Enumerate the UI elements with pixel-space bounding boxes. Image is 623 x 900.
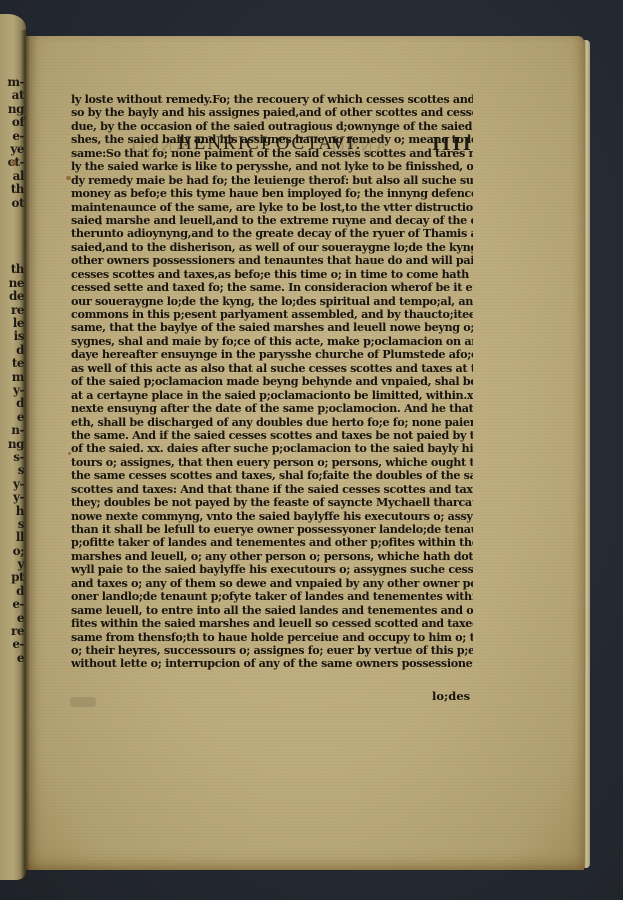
text-line: same, that the baylye of the saied marsh… [71, 321, 473, 334]
text-line: therunto adioynyng,and to the greate dec… [71, 227, 473, 240]
gutter-shadow [20, 30, 30, 880]
text-line: our soueraygne lo;de the kyng, the lo;de… [71, 295, 473, 308]
text-line: scottes and taxes: And that thane if the… [71, 483, 473, 496]
text-line: tours o; assignes, that then euery perso… [71, 456, 473, 469]
text-line: cessed sette and taxed fo; the same. In … [71, 281, 473, 294]
text-line: and taxes o; any of them so dewe and vnp… [71, 577, 473, 590]
text-line: at a certayne place in the saied p;oclam… [71, 389, 473, 402]
text-line: the same cesses scottes and taxes, shal … [71, 469, 473, 482]
text-line: as well of this acte as also that al suc… [71, 362, 473, 375]
text-line: marshes and leuell, o; any other person … [71, 550, 473, 563]
text-line: daye hereafter ensuynge in the parysshe … [71, 348, 473, 361]
text-line: saied marshe and leuell,and to the extre… [71, 214, 473, 227]
text-line: without lette o; interrupcion of any of … [71, 657, 473, 670]
text-line: the same. And if the saied cesses scotte… [71, 429, 473, 442]
text-line: so by the bayly and his assignes paied,a… [71, 106, 473, 119]
text-line: commons in this p;esent parlyament assem… [71, 308, 473, 321]
text-line: nexte ensuyng after the date of the same… [71, 402, 473, 415]
text-line: due, by the occasion of the saied outrag… [71, 120, 473, 133]
text-line: o; their heyres, successours o; assignes… [71, 644, 473, 657]
text-line: maintenaunce of the same, are lyke to be… [71, 201, 473, 214]
text-line: same from thensfo;th to haue holde perce… [71, 631, 473, 644]
running-head: ANNO ANNO HENRICI OCTAVI. IIII [0, 66, 623, 90]
text-line: oner landlo;de tenaunt p;ofyte taker of … [71, 590, 473, 603]
ink-stain [11, 160, 17, 166]
text-line: cesses scottes and taxes,as befo;e this … [71, 268, 473, 281]
page-edge [584, 40, 590, 868]
text-line: same leuell, to entre into all the saied… [71, 604, 473, 617]
text-line: they; doubles be not payed by the feaste… [71, 496, 473, 509]
text-line: wyll paie to the saied baylyffe his exec… [71, 563, 473, 576]
text-line: fites within the saied marshes and leuel… [71, 617, 473, 630]
text-line: shes, the saied baily and his assignes h… [71, 133, 473, 146]
text-line: than it shall be lefull to euerye owner … [71, 523, 473, 536]
text-line: p;ofitte taker of landes and tenementes … [71, 536, 473, 549]
text-line: sygnes, shal and maie by fo;ce of this a… [71, 335, 473, 348]
signature-mark-ghost [70, 697, 96, 707]
text-line: of the saied. xx. daies after suche p;oc… [71, 442, 473, 455]
catchword: lo;des [432, 689, 470, 703]
text-line: of the saied p;oclamacion made beyng beh… [71, 375, 473, 388]
text-line: ly loste without remedy.Fo; the recouery… [71, 93, 473, 106]
text-line: same:So that fo; none paiment of the sai… [71, 147, 473, 160]
text-line: nowe nexte commyng, vnto the saied bayly… [71, 510, 473, 523]
text-line: saied,and to the disherison, as well of … [71, 241, 473, 254]
body-text: ly loste without remedy.Fo; the recouery… [71, 93, 473, 671]
text-line: other owners possessioners and tenauntes… [71, 254, 473, 267]
text-line: ly the saied warke is like to perysshe, … [71, 160, 473, 173]
text-line: money as befo;e this tyme haue ben implo… [71, 187, 473, 200]
text-line: dy remedy maie be had fo; the leuienge t… [71, 174, 473, 187]
text-line: eth, shall be discharged of any doubles … [71, 416, 473, 429]
